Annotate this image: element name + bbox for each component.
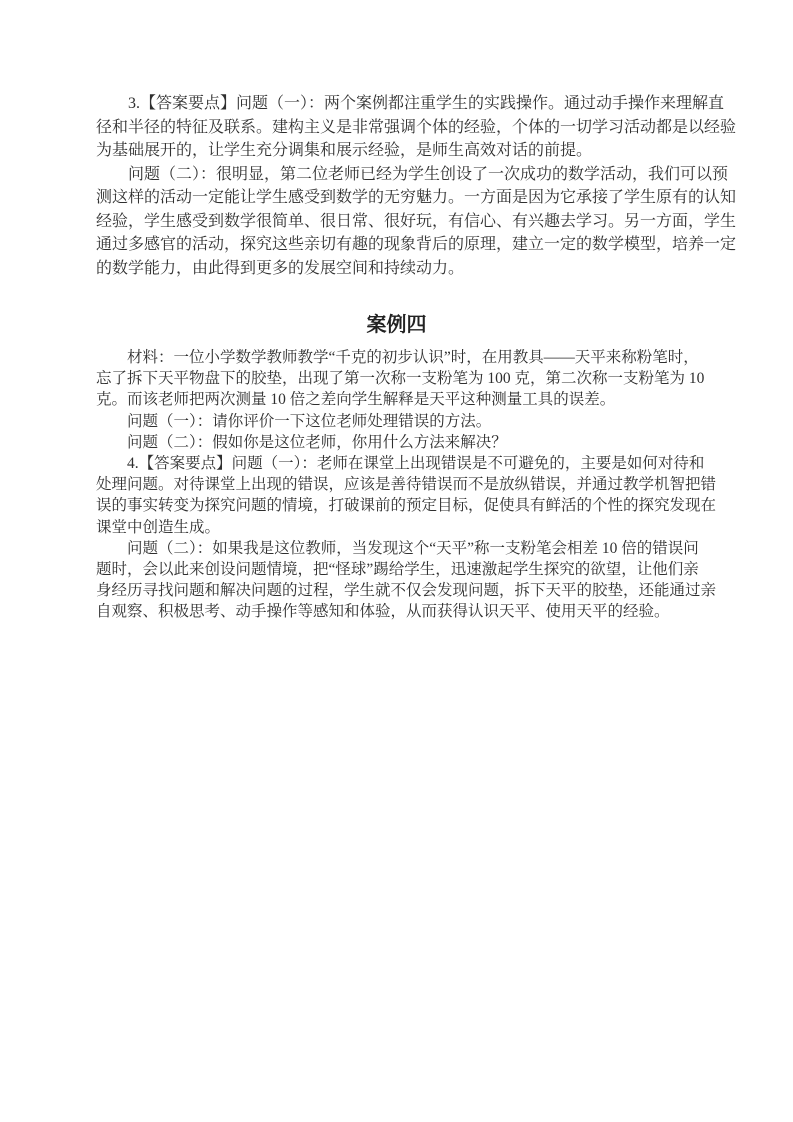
answer3-section: 3.【答案要点】问题（一）：两个案例都注重学生的实践操作。通过动手操作来理解直 … xyxy=(96,92,697,280)
material-line: 忘了拆下天平物盘下的胶垫，出现了第一次称一支粉笔为 100 克，第二次称一支粉笔… xyxy=(96,368,697,389)
answer3-paragraph2-line: 测这样的活动一定能让学生感受到数学的无穷魅力。一方面是因为它承接了学生原有的认知 xyxy=(96,186,697,210)
answer4-part2-line: 问题（二）：如果我是这位教师，当发现这个“天平”称一支粉笔会相差 10 倍的错误… xyxy=(96,538,697,559)
answer3-paragraph1-line: 为基础展开的，让学生充分调集和展示经验，是师生高效对话的前提。 xyxy=(96,139,697,163)
material-line: 克。而该老师把两次测量 10 倍之差向学生解释是天平这种测量工具的误差。 xyxy=(96,389,697,410)
question2-line: 问题（二）：假如你是这位老师，你用什么方法来解决？ xyxy=(96,432,697,453)
question1-line: 问题（一）：请你评价一下这位老师处理错误的方法。 xyxy=(96,411,697,432)
answer3-paragraph2-line: 问题（二）：很明显，第二位老师已经为学生创设了一次成功的数学活动，我们可以预 xyxy=(96,163,697,187)
answer4-part2-line: 题时，会以此来创设问题情境，把“怪球”踢给学生，迅速激起学生探究的欲望，让他们亲 xyxy=(96,559,697,580)
answer4-part1-line: 处理问题。对待课堂上出现的错误，应该是善待错误而不是放纵错误，并通过教学机智把错 xyxy=(96,474,697,495)
answer3-paragraph2-line: 通过多感官的活动，探究这些亲切有趣的现象背后的原理，建立一定的数学模型，培养一定 xyxy=(96,233,697,257)
answer3-paragraph2-line: 的数学能力，由此得到更多的发展空间和持续动力。 xyxy=(96,257,697,281)
answer4-part2-line: 自观察、积极思考、动手操作等感知和体验，从而获得认识天平、使用天平的经验。 xyxy=(96,601,697,622)
case-four-heading: 案例四 xyxy=(96,311,697,339)
answer3-paragraph2-line: 经验，学生感受到数学很简单、很日常、很好玩，有信心、有兴趣去学习。另一方面，学生 xyxy=(96,210,697,234)
answer4-part1-line: 误的事实转变为探究问题的情境，打破课前的预定目标，促使具有鲜活的个性的探究发现在 xyxy=(96,495,697,516)
answer4-part1-line: 4.【答案要点】问题（一）：老师在课堂上出现错误是不可避免的，主要是如何对待和 xyxy=(96,453,697,474)
document-page: 3.【答案要点】问题（一）：两个案例都注重学生的实践操作。通过动手操作来理解直 … xyxy=(0,0,793,1122)
answer3-paragraph1-line: 径和半径的特征及联系。建构主义是非常强调个体的经验，个体的一切学习活动都是以经验 xyxy=(96,116,697,140)
answer4-part2-line: 身经历寻找问题和解决问题的过程，学生就不仅会发现问题，拆下天平的胶垫，还能通过亲 xyxy=(96,580,697,601)
answer4-part1-line: 课堂中创造生成。 xyxy=(96,517,697,538)
case-four-section: 材料：一位小学数学教师教学“千克的初步认识”时，在用教具——天平来称粉笔时， 忘… xyxy=(96,347,697,623)
answer3-paragraph1-line: 3.【答案要点】问题（一）：两个案例都注重学生的实践操作。通过动手操作来理解直 xyxy=(96,92,697,116)
material-line: 材料：一位小学数学教师教学“千克的初步认识”时，在用教具——天平来称粉笔时， xyxy=(96,347,697,368)
